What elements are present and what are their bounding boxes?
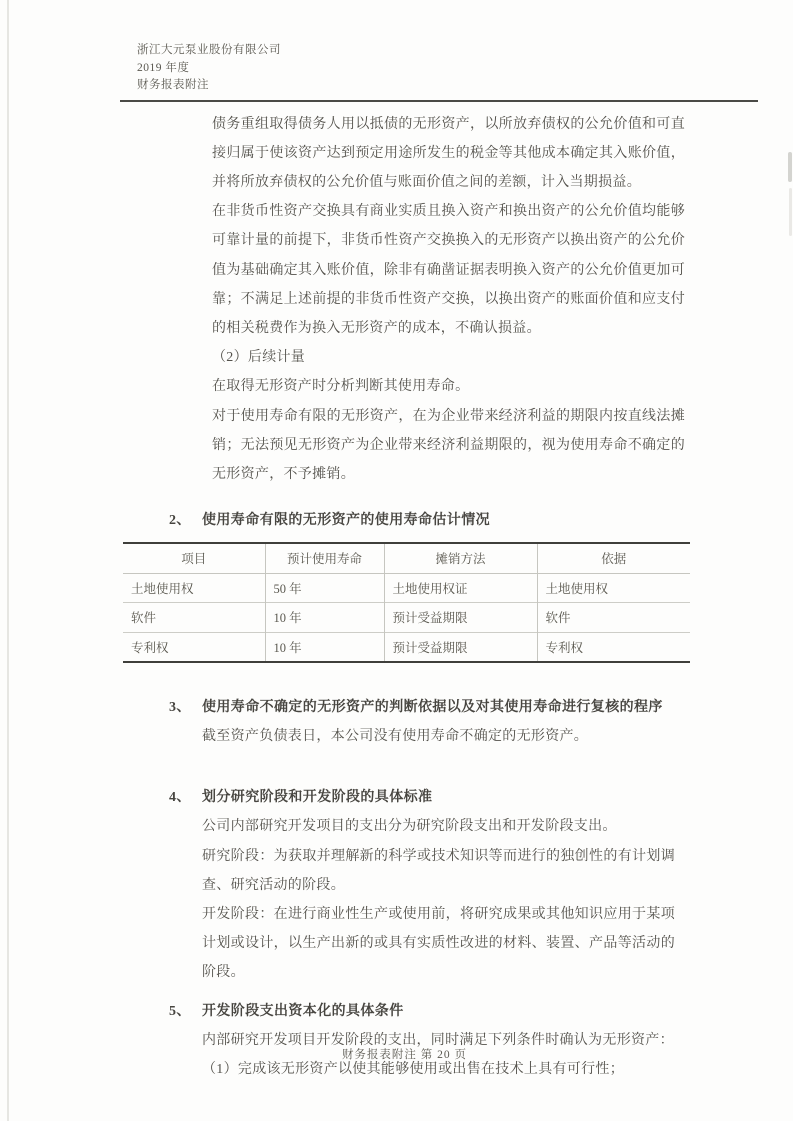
table-header-cell: 预计使用寿命 xyxy=(265,543,384,573)
section-3: 3、 使用寿命不确定的无形资产的判断依据以及对其使用寿命进行复核的程序 截至资产… xyxy=(0,693,793,751)
section-title: 开发阶段支出资本化的具体条件 xyxy=(202,997,404,1026)
paragraph: 对于使用寿命有限的无形资产，在为企业带来经济利益的期限内按直线法摊销；无法预见无… xyxy=(212,402,685,490)
section-heading: 3、 使用寿命不确定的无形资产的判断依据以及对其使用寿命进行复核的程序 xyxy=(169,693,793,722)
section-title: 使用寿命有限的无形资产的使用寿命估计情况 xyxy=(202,506,490,535)
section-5: 5、 开发阶段支出资本化的具体条件 内部研究开发项目开发阶段的支出，同时满足下列… xyxy=(0,997,793,1084)
scanned-document-page: 浙江大元泵业股份有限公司 2019 年度 财务报表附注 债务重组取得债务人用以抵… xyxy=(0,0,793,1121)
section-heading: 5、 开发阶段支出资本化的具体条件 xyxy=(169,997,793,1026)
table-cell: 专利权 xyxy=(537,632,690,662)
table-cell: 预计受益期限 xyxy=(384,603,537,633)
section-2: 2、 使用寿命有限的无形资产的使用寿命估计情况 xyxy=(0,506,793,535)
header-doc-title: 财务报表附注 xyxy=(137,77,793,95)
table-cell: 软件 xyxy=(537,603,690,633)
section-heading: 4、 划分研究阶段和开发阶段的具体标准 xyxy=(169,783,793,812)
intro-paragraphs: 债务重组取得债务人用以抵债的无形资产，以所放弃债权的公允价值和可直接归属于使该资… xyxy=(212,110,685,490)
paragraph: 债务重组取得债务人用以抵债的无形资产，以所放弃债权的公允价值和可直接归属于使该资… xyxy=(212,110,685,198)
paragraph: 开发阶段：在进行商业性生产或使用前，将研究成果或其他知识应用于某项计划或设计，以… xyxy=(202,900,675,988)
section-heading: 2、 使用寿命有限的无形资产的使用寿命估计情况 xyxy=(169,506,793,535)
useful-life-table: 项目 预计使用寿命 摊销方法 依据 土地使用权 50 年 土地使用权证 土地使用… xyxy=(123,542,690,663)
paragraph: 在取得无形资产时分析判断其使用寿命。 xyxy=(212,372,685,401)
section-number: 2、 xyxy=(169,506,202,535)
paragraph: 公司内部研究开发项目的支出分为研究阶段支出和开发阶段支出。 xyxy=(202,812,675,841)
section-number: 3、 xyxy=(169,693,202,722)
table-cell: 10 年 xyxy=(265,603,384,633)
header-company-name: 浙江大元泵业股份有限公司 xyxy=(137,42,793,60)
table-row: 软件 10 年 预计受益期限 软件 xyxy=(123,603,690,633)
scan-edge-artifact xyxy=(789,188,792,236)
table-header-cell: 依据 xyxy=(537,543,690,573)
header-fiscal-year: 2019 年度 xyxy=(137,60,793,78)
table-header-row: 项目 预计使用寿命 摊销方法 依据 xyxy=(123,543,690,573)
section-4: 4、 划分研究阶段和开发阶段的具体标准 公司内部研究开发项目的支出分为研究阶段支… xyxy=(0,783,793,987)
table-cell: 10 年 xyxy=(265,632,384,662)
paragraph: （2）后续计量 xyxy=(212,343,685,372)
scan-edge-line xyxy=(7,0,9,1121)
table-cell: 预计受益期限 xyxy=(384,632,537,662)
table-row: 专利权 10 年 预计受益期限 专利权 xyxy=(123,632,690,662)
section-title: 使用寿命不确定的无形资产的判断依据以及对其使用寿命进行复核的程序 xyxy=(202,693,663,722)
table-cell: 土地使用权 xyxy=(123,573,265,603)
scan-edge-artifact xyxy=(788,152,792,182)
section-number: 5、 xyxy=(169,997,202,1026)
table-cell: 土地使用权证 xyxy=(384,573,537,603)
table-cell: 专利权 xyxy=(123,632,265,662)
paragraph: 在非货币性资产交换具有商业实质且换入资产和换出资产的公允价值均能够可靠计量的前提… xyxy=(212,197,685,343)
section-title: 划分研究阶段和开发阶段的具体标准 xyxy=(202,783,432,812)
table-header-cell: 项目 xyxy=(123,543,265,573)
paragraph: 研究阶段：为获取并理解新的科学或技术知识等而进行的独创性的有计划调查、研究活动的… xyxy=(202,842,675,900)
table-cell: 土地使用权 xyxy=(537,573,690,603)
table-header-cell: 摊销方法 xyxy=(384,543,537,573)
header-rule xyxy=(120,100,758,102)
document-header: 浙江大元泵业股份有限公司 2019 年度 财务报表附注 xyxy=(137,42,793,95)
table-cell: 软件 xyxy=(123,603,265,633)
table-row: 土地使用权 50 年 土地使用权证 土地使用权 xyxy=(123,573,690,603)
table-cell: 50 年 xyxy=(265,573,384,603)
footer-page-label: 财务报表附注 第 20 页 xyxy=(0,1046,793,1062)
section-body: 公司内部研究开发项目的支出分为研究阶段支出和开发阶段支出。 研究阶段：为获取并理… xyxy=(202,812,675,987)
paragraph: 截至资产负债表日，本公司没有使用寿命不确定的无形资产。 xyxy=(202,722,675,751)
section-body: 截至资产负债表日，本公司没有使用寿命不确定的无形资产。 xyxy=(202,722,675,751)
section-number: 4、 xyxy=(169,783,202,812)
